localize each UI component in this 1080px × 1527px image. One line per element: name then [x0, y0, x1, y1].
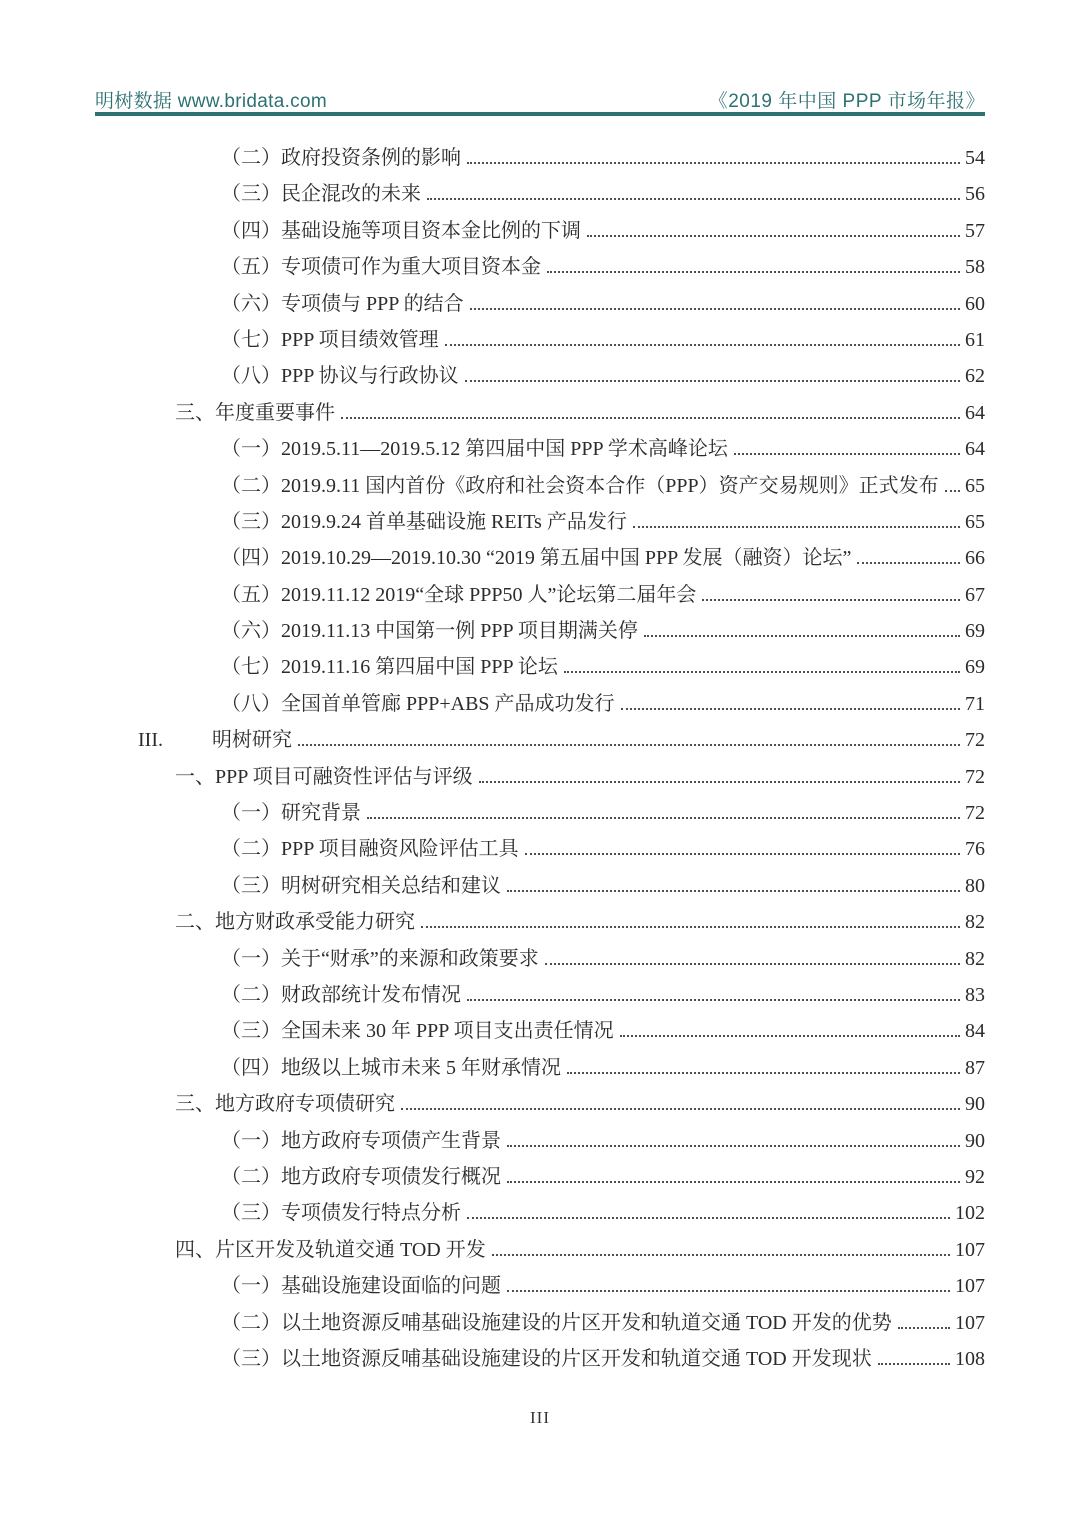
toc-leader-dots: [878, 1363, 950, 1365]
toc-entry-title: （六）专项债与 PPP 的结合: [221, 286, 464, 322]
toc-entry-page: 84: [965, 1013, 985, 1049]
toc-entry-title: 四、片区开发及轨道交通 TOD 开发: [175, 1232, 486, 1268]
toc-entry: （五）专项债可作为重大项目资本金58: [221, 249, 985, 285]
toc-leader-dots: [479, 781, 960, 783]
toc-leader-dots: [507, 890, 960, 892]
toc-entry-page: 54: [965, 140, 985, 176]
toc-entry-page: 90: [965, 1123, 985, 1159]
toc-entry-page: 61: [965, 322, 985, 358]
toc-entry-page: 90: [965, 1086, 985, 1122]
toc-entry: （三）全国未来 30 年 PPP 项目支出责任情况84: [221, 1013, 985, 1049]
toc-entry-title: （二）2019.9.11 国内首份《政府和社会资本合作（PPP）资产交易规则》正…: [221, 468, 939, 504]
toc-entry-page: 102: [955, 1195, 985, 1231]
toc-entry-page: 58: [965, 249, 985, 285]
toc-entry: 四、片区开发及轨道交通 TOD 开发107: [175, 1232, 985, 1268]
toc-leader-dots: [525, 853, 960, 855]
toc-entry-page: 107: [955, 1305, 985, 1341]
header-rule: [95, 112, 985, 116]
toc-entry: （二）以土地资源反哺基础设施建设的片区开发和轨道交通 TOD 开发的优势107: [221, 1305, 985, 1341]
toc-leader-dots: [547, 271, 960, 273]
toc-entry: （六）专项债与 PPP 的结合60: [221, 286, 985, 322]
toc-entry: （三）2019.9.24 首单基础设施 REITs 产品发行65: [221, 504, 985, 540]
toc-entry: （二）2019.9.11 国内首份《政府和社会资本合作（PPP）资产交易规则》正…: [221, 468, 985, 504]
page-header: 明树数据 www.bridata.com 《2019 年中国 PPP 市场年报》: [95, 86, 985, 113]
toc-entry-page: 69: [965, 613, 985, 649]
toc-entry: （五）2019.11.12 2019“全球 PPP50 人”论坛第二届年会67: [221, 577, 985, 613]
toc-leader-dots: [427, 198, 960, 200]
toc-entry-page: 76: [965, 831, 985, 867]
toc-entry: （三）明树研究相关总结和建议80: [221, 868, 985, 904]
toc-leader-dots: [470, 308, 960, 310]
toc-entry-page: 72: [965, 722, 985, 758]
toc-entry-page: 83: [965, 977, 985, 1013]
toc-leader-dots: [644, 635, 960, 637]
toc-leader-dots: [445, 344, 960, 346]
toc-leader-dots: [367, 817, 960, 819]
toc-entry-title: （七）2019.11.16 第四届中国 PPP 论坛: [221, 649, 558, 685]
toc-entry-page: 72: [965, 759, 985, 795]
toc-entry: （三）专项债发行特点分析102: [221, 1195, 985, 1231]
toc-leader-dots: [564, 671, 960, 673]
toc-entry-page: 65: [965, 468, 985, 504]
toc-entry-title: （二）地方政府专项债发行概况: [221, 1159, 501, 1195]
toc-leader-dots: [633, 526, 960, 528]
toc-entry-title: （八）全国首单管廊 PPP+ABS 产品成功发行: [221, 686, 615, 722]
toc-entry-page: 66: [965, 540, 985, 576]
toc-leader-dots: [702, 599, 960, 601]
toc-entry-title: （二）PPP 项目融资风险评估工具: [221, 831, 519, 867]
toc-entry: （四）基础设施等项目资本金比例的下调57: [221, 213, 985, 249]
toc-entry: 一、PPP 项目可融资性评估与评级72: [175, 759, 985, 795]
toc-entry: （八）PPP 协议与行政协议62: [221, 358, 985, 394]
toc-entry: 三、地方政府专项债研究90: [175, 1086, 985, 1122]
toc-entry-title: 一、PPP 项目可融资性评估与评级: [175, 759, 473, 795]
toc-entry: （三）民企混改的未来56: [221, 176, 985, 212]
toc-entry-page: 57: [965, 213, 985, 249]
toc-entry: （七）PPP 项目绩效管理61: [221, 322, 985, 358]
toc-leader-dots: [507, 1145, 960, 1147]
toc-entry-title: （七）PPP 项目绩效管理: [221, 322, 439, 358]
toc-entry-page: 64: [965, 431, 985, 467]
toc-entry: （二）PPP 项目融资风险评估工具76: [221, 831, 985, 867]
toc-entry: （三）以土地资源反哺基础设施建设的片区开发和轨道交通 TOD 开发现状108: [221, 1341, 985, 1377]
toc-leader-dots: [857, 562, 960, 564]
document-page: 明树数据 www.bridata.com 《2019 年中国 PPP 市场年报》…: [0, 0, 1080, 1527]
toc-entry-number: III.: [138, 722, 212, 758]
toc-entry: （一）2019.5.11—2019.5.12 第四届中国 PPP 学术高峰论坛6…: [221, 431, 985, 467]
toc-entry: （一）研究背景72: [221, 795, 985, 831]
toc-entry: （一）基础设施建设面临的问题107: [221, 1268, 985, 1304]
toc-entry-page: 62: [965, 358, 985, 394]
toc-leader-dots: [492, 1254, 950, 1256]
toc-entry-page: 64: [965, 395, 985, 431]
toc-entry-title: （五）2019.11.12 2019“全球 PPP50 人”论坛第二届年会: [221, 577, 696, 613]
toc-leader-dots: [421, 926, 960, 928]
toc-entry-page: 71: [965, 686, 985, 722]
toc-entry-page: 82: [965, 941, 985, 977]
toc-entry-title: （三）民企混改的未来: [221, 176, 421, 212]
toc-entry-title: （二）财政部统计发布情况: [221, 977, 461, 1013]
toc-leader-dots: [467, 999, 960, 1001]
toc-entry-title: （三）以土地资源反哺基础设施建设的片区开发和轨道交通 TOD 开发现状: [221, 1341, 872, 1377]
toc-leader-dots: [298, 744, 960, 746]
footer-page-number: III: [0, 1408, 1080, 1428]
toc-list: （二）政府投资条例的影响54（三）民企混改的未来56（四）基础设施等项目资本金比…: [95, 140, 985, 1377]
toc-entry-page: 82: [965, 904, 985, 940]
toc-entry-page: 65: [965, 504, 985, 540]
toc-entry-page: 87: [965, 1050, 985, 1086]
toc-leader-dots: [507, 1181, 960, 1183]
toc-leader-dots: [467, 1217, 950, 1219]
toc-entry: III.明树研究72: [138, 722, 985, 758]
toc-entry-title: （三）明树研究相关总结和建议: [221, 868, 501, 904]
toc-entry-title: （四）2019.10.29—2019.10.30 “2019 第五届中国 PPP…: [221, 540, 851, 576]
toc-entry: （二）政府投资条例的影响54: [221, 140, 985, 176]
toc-entry: （八）全国首单管廊 PPP+ABS 产品成功发行71: [221, 686, 985, 722]
toc-entry-title: （二）政府投资条例的影响: [221, 140, 461, 176]
toc-entry-page: 92: [965, 1159, 985, 1195]
toc-entry-title: （一）地方政府专项债产生背景: [221, 1123, 501, 1159]
toc-entry-title: 三、地方政府专项债研究: [175, 1086, 395, 1122]
toc-entry-title: （三）全国未来 30 年 PPP 项目支出责任情况: [221, 1013, 614, 1049]
toc-entry: （七）2019.11.16 第四届中国 PPP 论坛69: [221, 649, 985, 685]
toc-entry: （二）财政部统计发布情况83: [221, 977, 985, 1013]
toc-entry-page: 107: [955, 1232, 985, 1268]
toc-leader-dots: [621, 708, 960, 710]
toc-entry-page: 108: [955, 1341, 985, 1377]
toc-leader-dots: [545, 963, 960, 965]
toc-entry: 二、地方财政承受能力研究82: [175, 904, 985, 940]
toc-entry-title: （五）专项债可作为重大项目资本金: [221, 249, 541, 285]
toc-entry-title: 三、年度重要事件: [175, 395, 335, 431]
toc-entry-title: （一）基础设施建设面临的问题: [221, 1268, 501, 1304]
toc-leader-dots: [507, 1290, 950, 1292]
toc-leader-dots: [401, 1108, 960, 1110]
toc-entry: （一）关于“财承”的来源和政策要求82: [221, 941, 985, 977]
toc-leader-dots: [734, 453, 960, 455]
toc-entry: （四）2019.10.29—2019.10.30 “2019 第五届中国 PPP…: [221, 540, 985, 576]
toc-leader-dots: [587, 235, 960, 237]
toc-entry: （二）地方政府专项债发行概况92: [221, 1159, 985, 1195]
toc-leader-dots: [467, 162, 960, 164]
toc-entry-page: 80: [965, 868, 985, 904]
toc-entry-title: （一）关于“财承”的来源和政策要求: [221, 941, 539, 977]
toc-entry-title: （一）2019.5.11—2019.5.12 第四届中国 PPP 学术高峰论坛: [221, 431, 728, 467]
toc-entry: 三、年度重要事件64: [175, 395, 985, 431]
toc-entry-title: 二、地方财政承受能力研究: [175, 904, 415, 940]
toc-leader-dots: [341, 417, 960, 419]
toc-entry: （四）地级以上城市未来 5 年财承情况87: [221, 1050, 985, 1086]
toc-entry-title: （三）2019.9.24 首单基础设施 REITs 产品发行: [221, 504, 627, 540]
toc-entry-page: 60: [965, 286, 985, 322]
toc-entry-title: （八）PPP 协议与行政协议: [221, 358, 459, 394]
document-title: 《2019 年中国 PPP 市场年报》: [709, 86, 985, 113]
toc-entry-page: 67: [965, 577, 985, 613]
toc-entry-page: 107: [955, 1268, 985, 1304]
toc-entry-title: （六）2019.11.13 中国第一例 PPP 项目期满关停: [221, 613, 638, 649]
toc-entry-title: （二）以土地资源反哺基础设施建设的片区开发和轨道交通 TOD 开发的优势: [221, 1305, 892, 1341]
toc-entry-page: 69: [965, 649, 985, 685]
toc-entry: （一）地方政府专项债产生背景90: [221, 1123, 985, 1159]
toc-leader-dots: [898, 1327, 950, 1329]
toc-leader-dots: [567, 1072, 960, 1074]
toc-leader-dots: [620, 1035, 960, 1037]
toc-entry-title: （一）研究背景: [221, 795, 361, 831]
toc-entry-title: （四）基础设施等项目资本金比例的下调: [221, 213, 581, 249]
toc-leader-dots: [945, 490, 960, 492]
toc-entry-title: （三）专项债发行特点分析: [221, 1195, 461, 1231]
toc-entry-page: 72: [965, 795, 985, 831]
toc-entry-title: 明树研究: [212, 722, 292, 758]
brand-text: 明树数据 www.bridata.com: [95, 86, 327, 113]
toc-entry-title: （四）地级以上城市未来 5 年财承情况: [221, 1050, 561, 1086]
toc-entry: （六）2019.11.13 中国第一例 PPP 项目期满关停69: [221, 613, 985, 649]
toc-entry-page: 56: [965, 176, 985, 212]
toc-leader-dots: [465, 380, 960, 382]
